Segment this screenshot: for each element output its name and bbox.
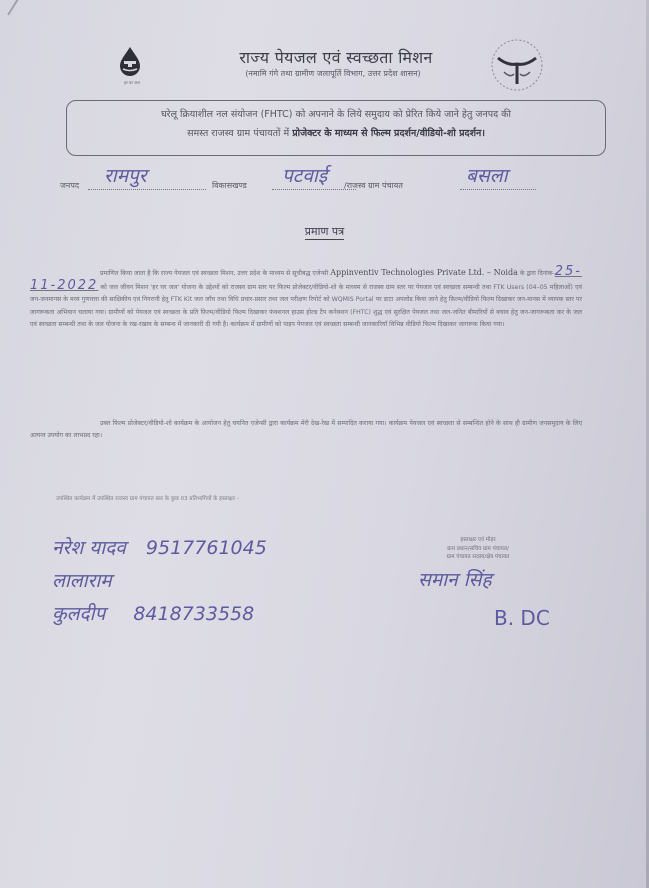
letterhead: हर घर जल राज्य पेयजल एवं स्वच्छता मिशन (…	[108, 38, 548, 98]
attendee-phone: 8418733558	[133, 603, 254, 625]
attendee-3: कुलदीप 8418733558	[52, 600, 254, 626]
district-field-line	[88, 188, 206, 190]
attendee-phone: 9517761045	[146, 537, 267, 559]
attendees-note: उपस्थित कार्यक्रम में उपस्थित राजस्व ग्र…	[56, 495, 316, 504]
attendee-1: नरेश यादव 9517761045	[52, 534, 267, 560]
attendee-name: लालाराम	[52, 570, 112, 592]
certificate-body-p2: उक्त फिल्म प्रोजेक्टर/वीडियो-शो कार्यक्र…	[30, 418, 582, 442]
banner-line-2: समस्त राजस्व ग्राम पंचायतों में प्रोजेक्…	[67, 126, 605, 139]
agency-name: Appinventiv Technologies Private Ltd. – …	[330, 268, 518, 277]
panchayat-label: /राजस्व ग्राम पंचायत	[344, 180, 403, 191]
signatory-designation: B. DC	[494, 606, 550, 630]
certificate-title: प्रमाण पत्र	[0, 224, 649, 239]
signatory-line-1: हस्ताक्षर एवं मोहर	[418, 536, 538, 545]
signatory-block: हस्ताक्षर एवं मोहर ग्राम प्रधान/सचिव ग्र…	[418, 536, 538, 562]
water-drop-logo-icon: हर घर जल	[112, 44, 152, 92]
attendee-name: नरेश यादव	[52, 537, 126, 559]
signatory-line-2: ग्राम प्रधान/सचिव ग्राम पंचायत/	[418, 545, 538, 554]
paper-crease	[7, 0, 20, 16]
certificate-body: प्रमाणित किया जाता है कि राज्य पेयजल एवं…	[30, 266, 582, 331]
org-subtitle: (नमामि गंगे तथा ग्रामीण जलापूर्ति विभाग,…	[168, 68, 498, 79]
banner-line-2-plain: समस्त राजस्व ग्राम पंचायतों में	[187, 128, 292, 139]
panchayat-value: बसला	[466, 162, 508, 188]
banner-line-2-bold: प्रोजेक्टर के माध्यम से फिल्म प्रदर्शन/व…	[292, 128, 485, 139]
body-p1-start: प्रमाणित किया जाता है कि राज्य पेयजल एवं…	[30, 270, 330, 277]
banner-line-1: घरेलू क्रियाशील नल संयोजन (FHTC) को अपना…	[67, 107, 605, 120]
panchayat-field-line	[460, 188, 536, 190]
body-p1-mid: के द्वारा दिनांक-	[518, 270, 555, 277]
logo-caption: हर घर जल	[112, 80, 152, 85]
body-p1-end: को जल जीवन मिशन 'हर घर जल' योजना के उद्द…	[30, 284, 582, 328]
block-label: विकासखण्ड	[212, 180, 247, 191]
location-fields: जनपद रामपुर विकासखण्ड पटवाई /राजस्व ग्रा…	[60, 160, 550, 200]
block-value: पटवाई	[282, 162, 327, 188]
org-title: राज्य पेयजल एवं स्वच्छता मिशन	[196, 46, 476, 68]
signatory-signature: समान सिंह	[418, 566, 492, 592]
up-emblem-icon	[488, 36, 546, 94]
scheme-banner: घरेलू क्रियाशील नल संयोजन (FHTC) को अपना…	[66, 100, 606, 156]
certificate-title-text: प्रमाण पत्र	[305, 225, 344, 240]
attendee-name: कुलदीप	[52, 603, 105, 625]
district-value: रामपुर	[104, 162, 147, 188]
signatory-line-3: ग्राम पंचायत सदस्य/क्षेत्र पंचायत	[418, 553, 538, 562]
district-label: जनपद	[60, 180, 79, 191]
attendee-2: लालाराम	[52, 567, 112, 593]
